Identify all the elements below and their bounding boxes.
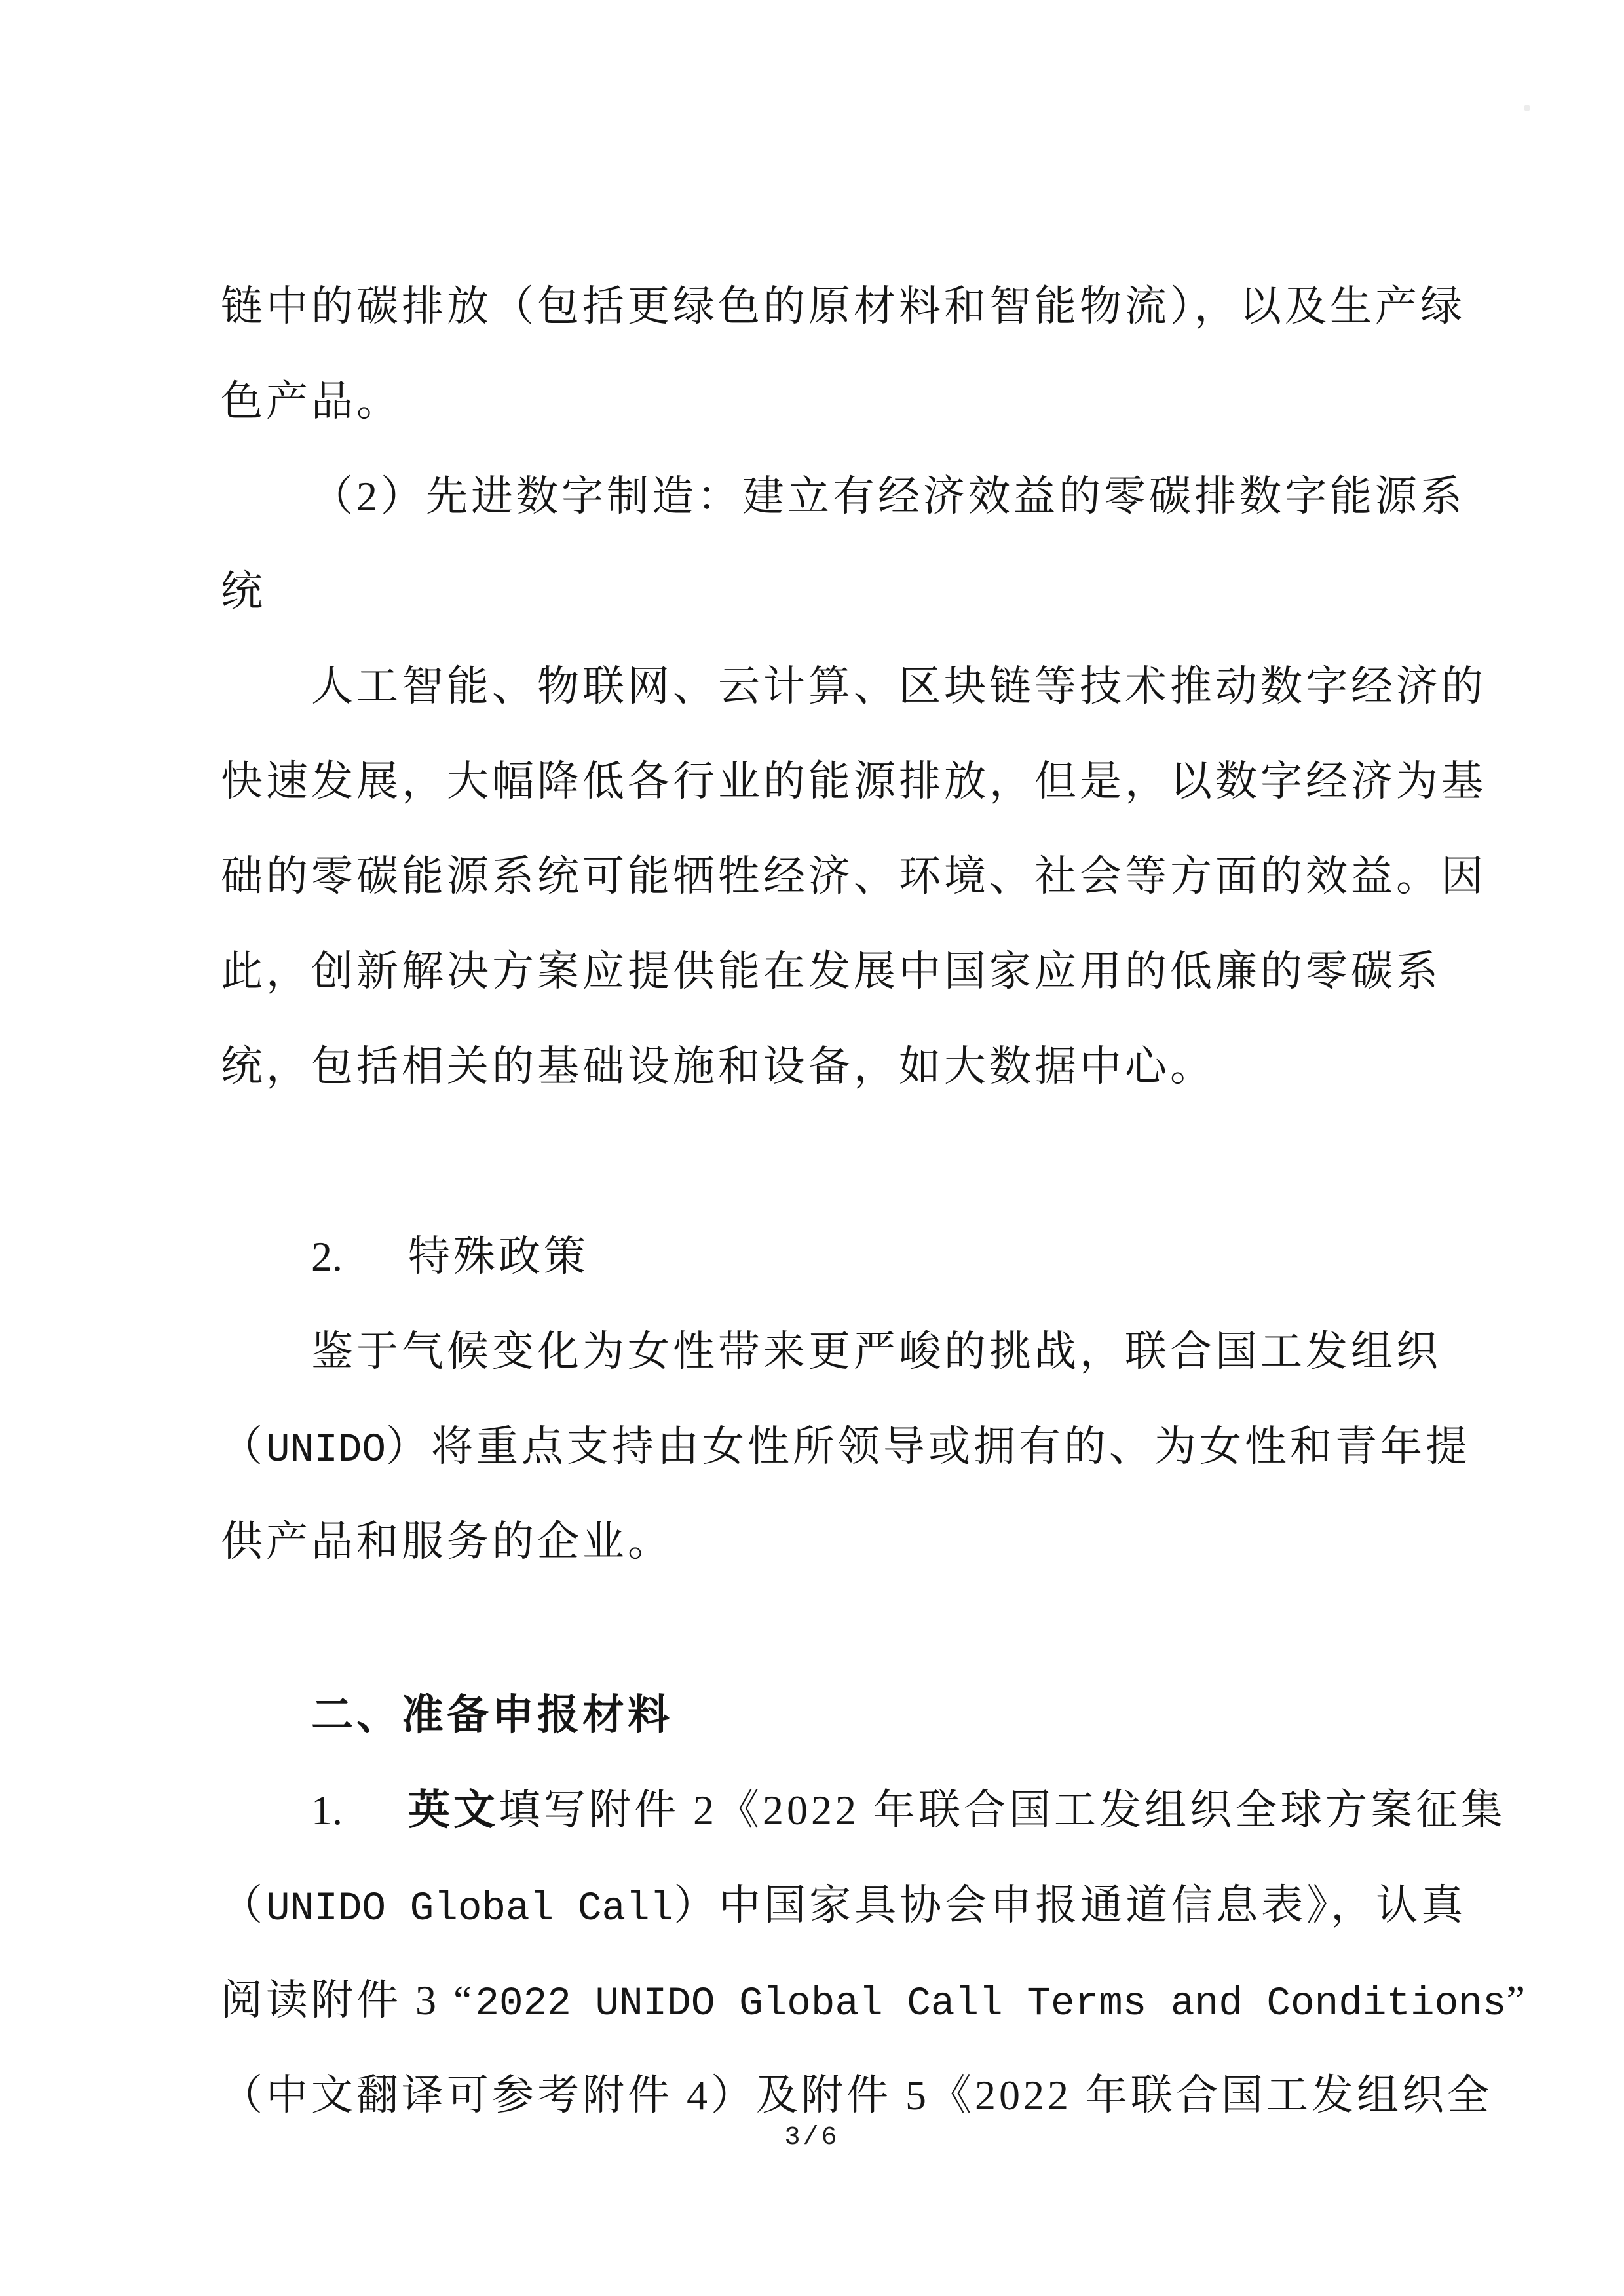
text-line: 础的零碳能源系统可能牺牲经济、环境、社会等方面的效益。因: [221, 829, 1524, 924]
list-item-special-policy: 2.特殊政策: [221, 1209, 1524, 1304]
text-line: 人工智能、物联网、云计算、区块链等技术推动数字经济的: [221, 639, 1524, 734]
blank-line: [221, 1589, 1524, 1668]
text-line: 供产品和服务的企业。: [221, 1494, 1524, 1589]
latin-text-terms-and-conditions: 2022 UNIDO Global Call Terms and Conditi…: [475, 1981, 1506, 2027]
text-line: 色产品。: [221, 354, 1524, 449]
text-segment: ）将重点支持由女性所领导或拥有的、为女性和青年提: [386, 1423, 1471, 1470]
text-line: 鉴于气候变化为女性带来更严峻的挑战，联合国工发组织: [221, 1304, 1524, 1399]
emphasis-text: 英文: [408, 1787, 499, 1833]
text-line: （UNIDO）将重点支持由女性所领导或拥有的、为女性和青年提: [221, 1399, 1524, 1494]
document-body: 链中的碳排放（包括更绿色的原材料和智能物流），以及生产绿 色产品。 （2）先进数…: [221, 259, 1524, 2143]
section-heading-materials: 二、准备申报材料: [221, 1668, 1524, 1763]
latin-text-unido: UNIDO: [266, 1428, 386, 1473]
latin-text-unido-global-call: UNIDO Global Call: [266, 1886, 673, 1932]
text-line-subitem-2: （2）先进数字制造：建立有经济效益的零碳排数字能源系: [221, 449, 1524, 544]
list-item-number: 2.: [311, 1209, 408, 1304]
text-segment: 填写附件 2《2022 年联合国工发组织全球方案征集: [499, 1787, 1506, 1833]
closing-quote: ”: [1506, 1977, 1528, 2023]
text-line: 统，包括相关的基础设施和设备，如大数据中心。: [221, 1019, 1524, 1114]
text-segment: 阅读附件 3 “: [221, 1977, 475, 2023]
text-line: （UNIDO Global Call）中国家具协会申报通道信息表》，认真: [221, 1858, 1524, 1953]
list-item-label: 特殊政策: [408, 1233, 589, 1280]
blank-line: [221, 1114, 1524, 1209]
text-segment: ）中国家具协会申报通道信息表》，认真: [673, 1882, 1466, 1928]
text-line: 快速发展，大幅降低各行业的能源排放，但是，以数字经济为基: [221, 734, 1524, 829]
scan-artifact: [1524, 105, 1530, 111]
list-item-number: 1.: [311, 1763, 408, 1858]
page-number: 3/6: [0, 2123, 1624, 2152]
text-line: 此，创新解决方案应提供能在发展中国家应用的低廉的零碳系: [221, 924, 1524, 1019]
text-line: 统: [221, 544, 1524, 639]
text-line: 阅读附件 3 “2022 UNIDO Global Call Terms and…: [221, 1953, 1524, 2048]
cjk-paren: （: [221, 1423, 266, 1470]
text-line: 链中的碳排放（包括更绿色的原材料和智能物流），以及生产绿: [221, 259, 1524, 354]
cjk-paren: （: [221, 1882, 266, 1928]
document-page: { "document": { "body": { "lines": [ { "…: [0, 0, 1624, 2296]
list-item-english-form: 1.英文填写附件 2《2022 年联合国工发组织全球方案征集: [221, 1763, 1524, 1858]
